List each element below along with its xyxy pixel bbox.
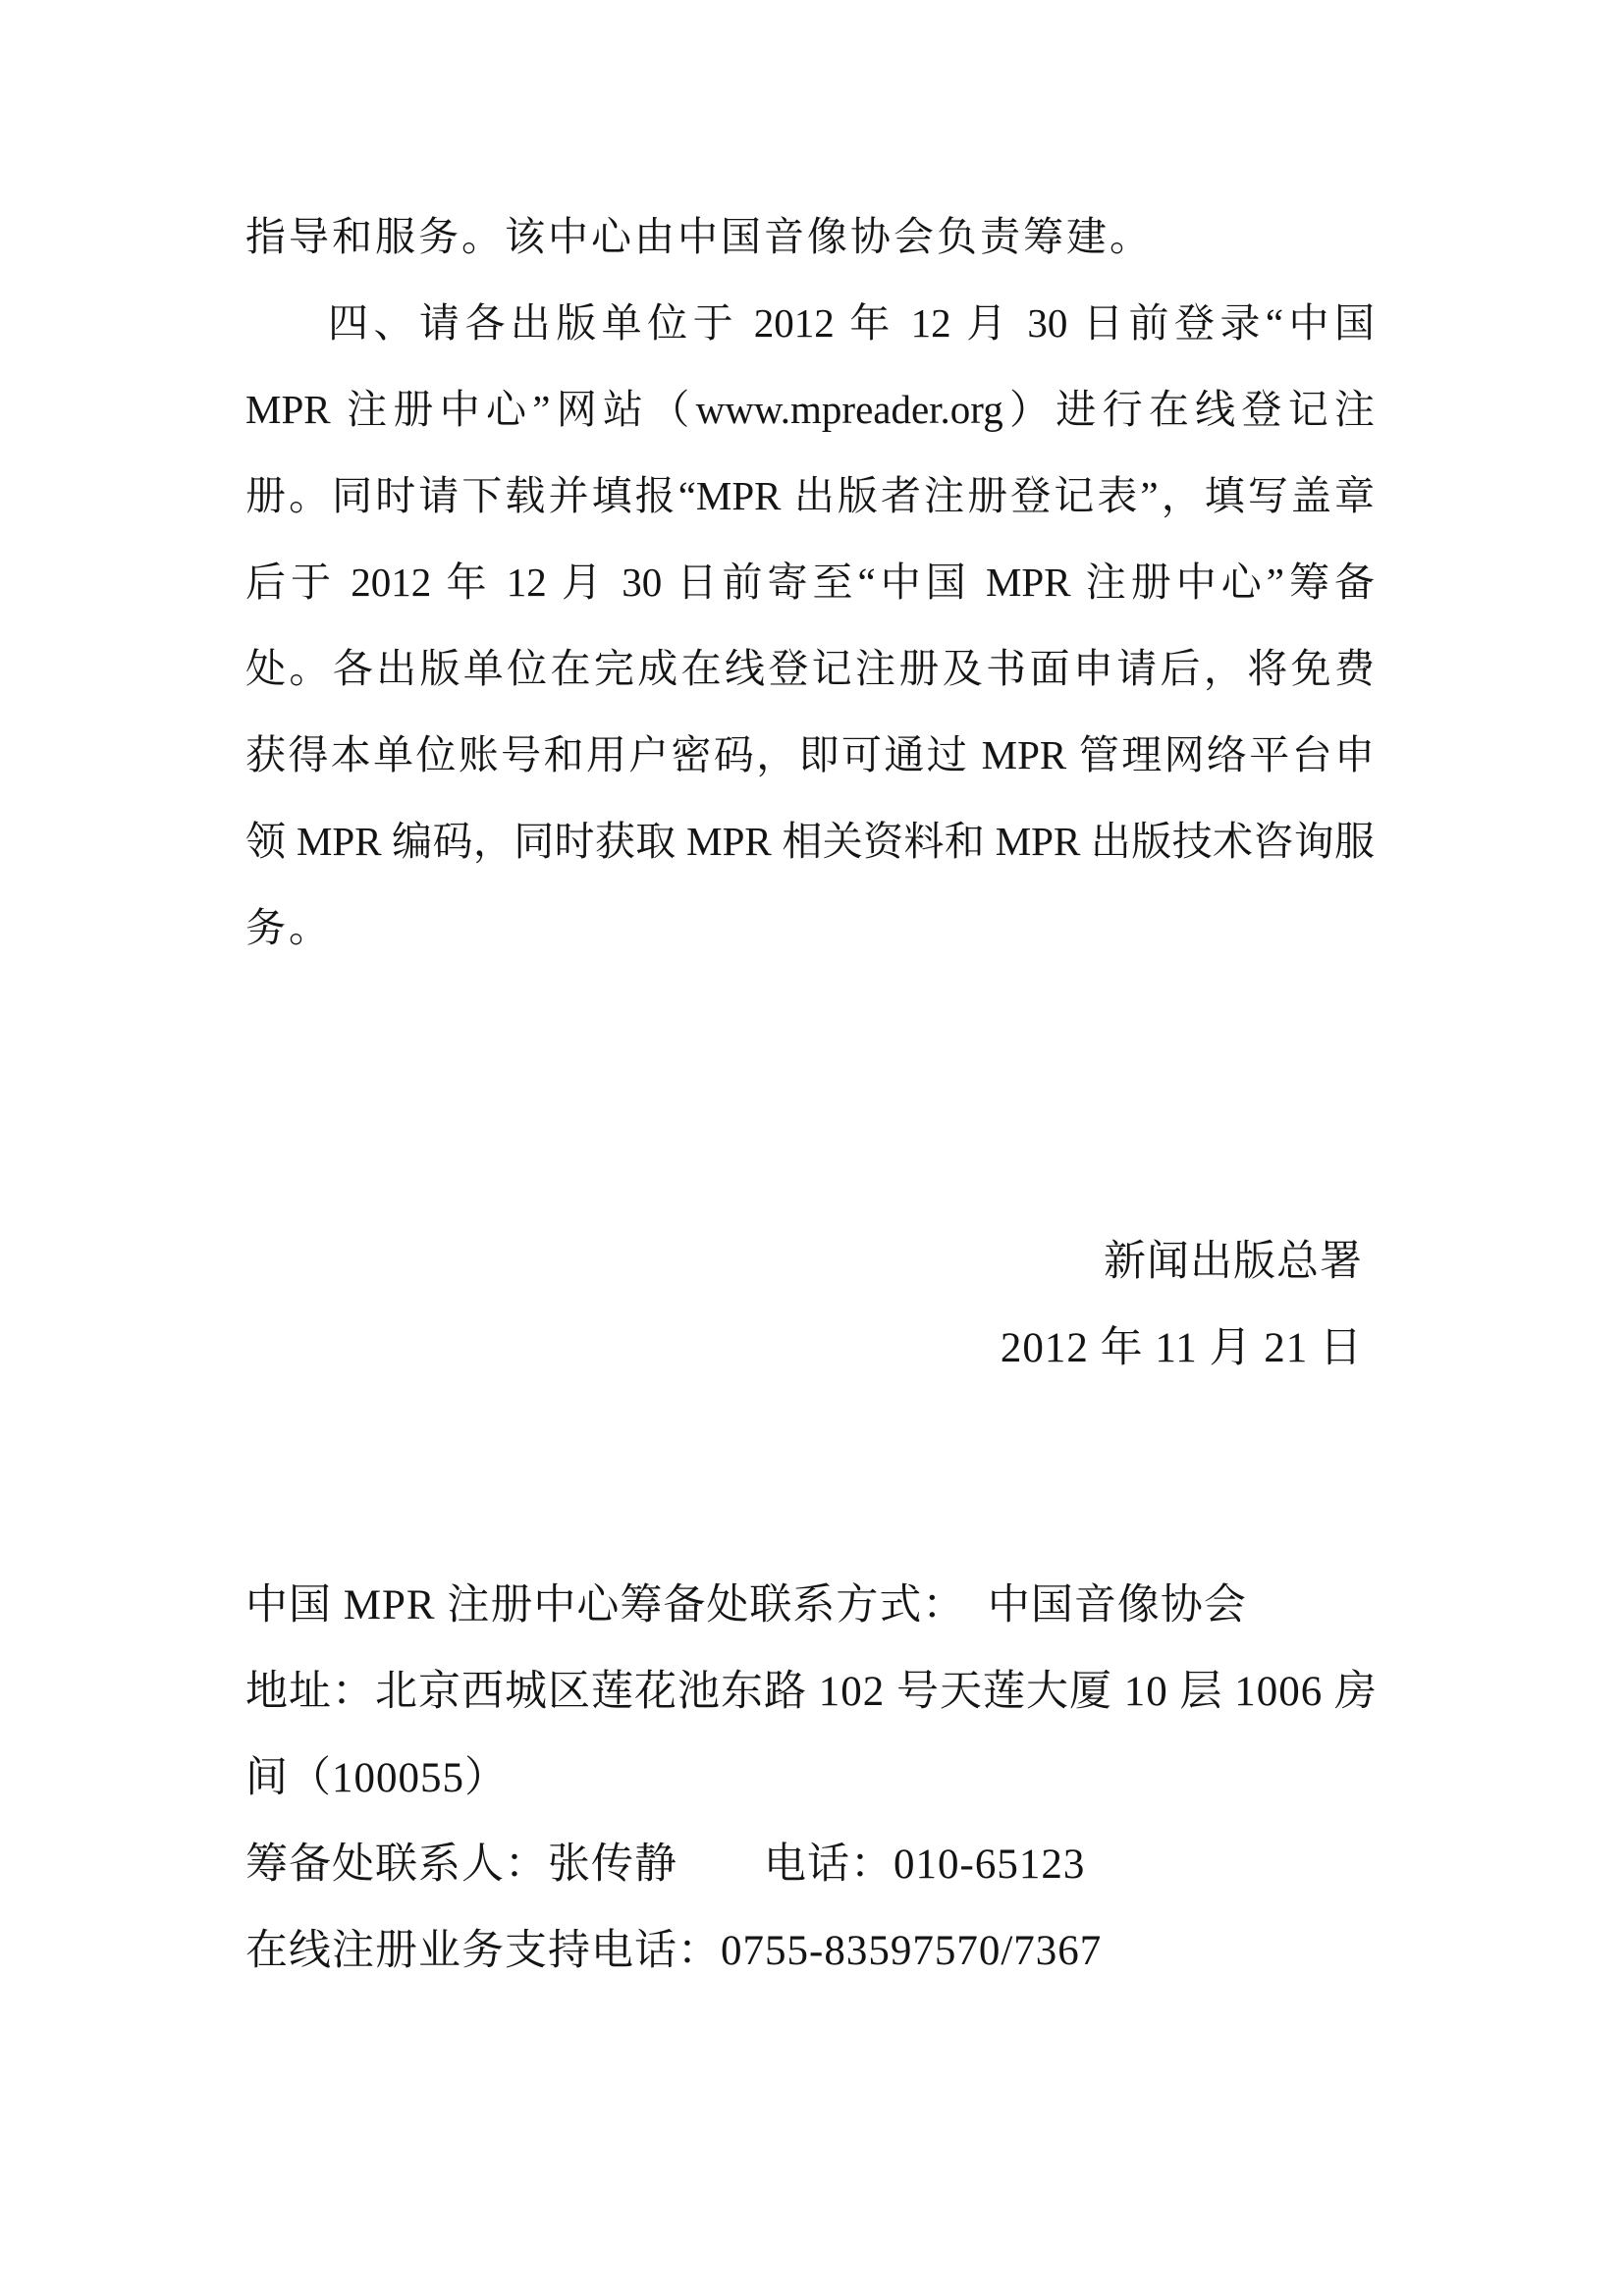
body-paragraphs: 指导和服务。该中心由中国音像协会负责筹建。 四、请各出版单位于 2012 年 1…	[245, 193, 1375, 971]
contact-line-support: 在线注册业务支持电话：0755-83597570/7367	[245, 1908, 1378, 1995]
contact-line-方式: 中国 MPR 注册中心筹备处联系方式： 中国音像协会	[245, 1563, 1378, 1649]
contact-block: 中国 MPR 注册中心筹备处联系方式： 中国音像协会 地址：北京西城区莲花池东路…	[245, 1563, 1378, 1995]
signature-date: 2012 年 11 月 21 日	[1001, 1306, 1363, 1392]
body-line: 处。各出版单位在完成在线登记注册及书面申请后，将免费	[245, 625, 1375, 712]
body-line: 四、请各出版单位于 2012 年 12 月 30 日前登录“中国	[245, 280, 1375, 366]
body-line: 获得本单位账号和用户密码，即可通过 MPR 管理网络平台申	[245, 712, 1375, 798]
body-line: 后于 2012 年 12 月 30 日前寄至“中国 MPR 注册中心”筹备	[245, 539, 1375, 625]
body-line: 务。	[245, 884, 1375, 971]
signature-issuer: 新闻出版总署	[1001, 1219, 1363, 1306]
body-line: 指导和服务。该中心由中国音像协会负责筹建。	[245, 193, 1375, 280]
contact-line-person: 筹备处联系人：张传静 电话：010-65123	[245, 1822, 1378, 1908]
body-line: 册。同时请下载并填报“MPR 出版者注册登记表”，填写盖章	[245, 453, 1375, 539]
body-line: 领 MPR 编码，同时获取 MPR 相关资料和 MPR 出版技术咨询服	[245, 798, 1375, 884]
signature-block: 新闻出版总署 2012 年 11 月 21 日	[1001, 1219, 1363, 1392]
contact-line-address: 地址：北京西城区莲花池东路 102 号天莲大厦 10 层 1006 房	[245, 1649, 1378, 1735]
body-line: MPR 注册中心”网站（www.mpreader.org）进行在线登记注	[245, 366, 1375, 453]
contact-line-postcode: 间（100055）	[245, 1735, 1378, 1822]
